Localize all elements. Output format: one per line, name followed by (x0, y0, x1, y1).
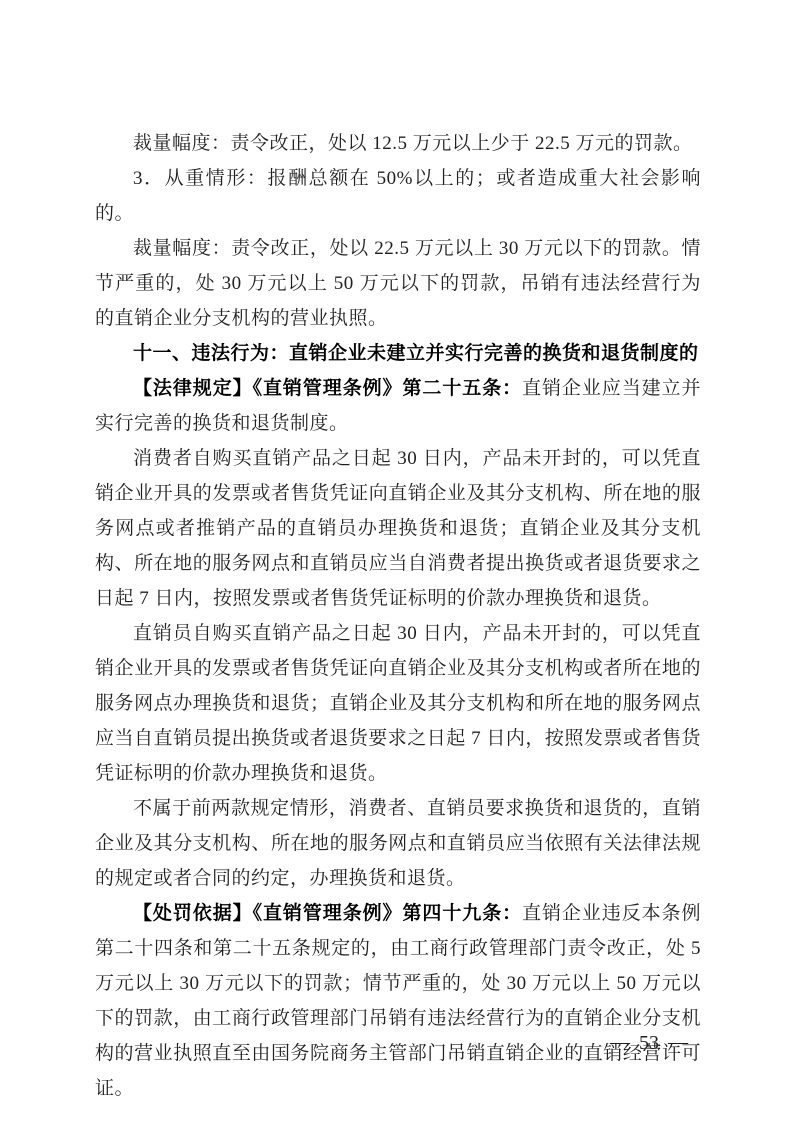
paragraph-discretion-severe: 裁量幅度：责令改正，处以 22.5 万元以上 30 万元以下的罚款。情节严重的，… (95, 231, 701, 336)
document-body: 裁量幅度：责令改正，处以 12.5 万元以上少于 22.5 万元的罚款。 3．从… (95, 126, 701, 1106)
paragraph-aggravating-circumstance: 3．从重情形：报酬总额在 50%以上的；或者造成重大社会影响的。 (95, 161, 701, 231)
paragraph-discretion-mid: 裁量幅度：责令改正，处以 12.5 万元以上少于 22.5 万元的罚款。 (95, 126, 701, 161)
page-number: 53 (639, 1032, 659, 1054)
page-footer: —53— (601, 1031, 697, 1055)
law-basis-label: 【法律规定】《直销管理条例》第二十五条： (133, 378, 522, 399)
paragraph-law-basis: 【法律规定】《直销管理条例》第二十五条：直销企业应当建立并实行完善的换货和退货制… (95, 371, 701, 441)
paragraph-penalty-basis: 【处罚依据】《直销管理条例》第四十九条：直销企业违反本条例第二十四条和第二十五条… (95, 896, 701, 1106)
section-heading-11-illegal-act: 十一、违法行为：直销企业未建立并实行完善的换货和退货制度的 (95, 336, 701, 371)
footer-dash-right: — (668, 1030, 688, 1054)
paragraph-consumer-return-policy: 消费者自购买直销产品之日起 30 日内，产品未开封的，可以凭直销企业开具的发票或… (95, 441, 701, 616)
penalty-basis-text: 直销企业违反本条例第二十四条和第二十五条规定的，由工商行政管理部门责令改正，处 … (95, 903, 701, 1099)
document-page: 裁量幅度：责令改正，处以 12.5 万元以上少于 22.5 万元的罚款。 3．从… (0, 0, 793, 1122)
penalty-basis-label: 【处罚依据】《直销管理条例》第四十九条： (133, 903, 522, 924)
footer-dash-left: — (610, 1030, 630, 1054)
paragraph-salesperson-return-policy: 直销员自购买直销产品之日起 30 日内，产品未开封的，可以凭直销企业开具的发票或… (95, 616, 701, 791)
paragraph-other-return-cases: 不属于前两款规定情形，消费者、直销员要求换货和退货的，直销企业及其分支机构、所在… (95, 791, 701, 896)
